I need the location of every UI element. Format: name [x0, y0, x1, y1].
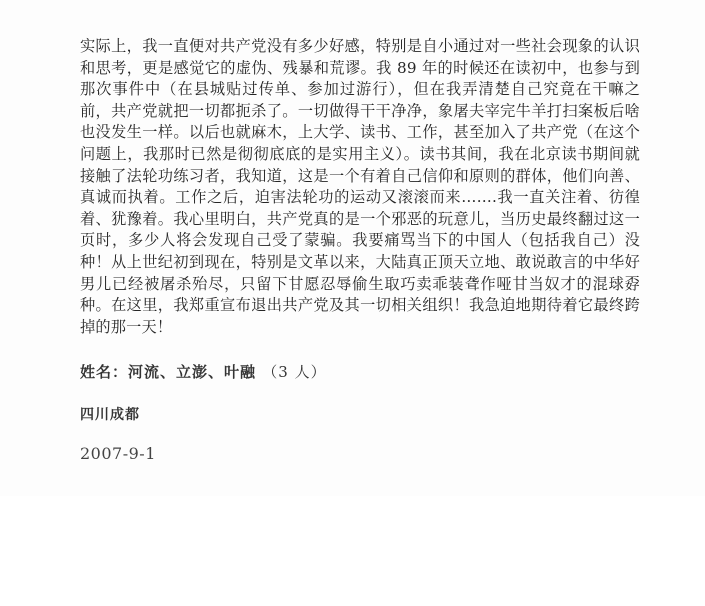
document-content: 实际上，我一直便对共产党没有多少好感，特别是自小通过对一些社会现象的认识和思考，… — [80, 36, 640, 338]
names-label: 姓名： — [80, 363, 128, 381]
signatory-names-line: 姓名：河流、立澎、叶融 （3 人） — [80, 361, 327, 382]
signatory-names: 河流、立澎、叶融 — [128, 363, 256, 381]
statement-date: 2007-9-1 — [80, 444, 156, 463]
signatory-count: （3 人） — [262, 363, 326, 381]
statement-paragraph: 实际上，我一直便对共产党没有多少好感，特别是自小通过对一些社会现象的认识和思考，… — [80, 36, 640, 338]
signatory-location: 四川成都 — [80, 404, 140, 424]
